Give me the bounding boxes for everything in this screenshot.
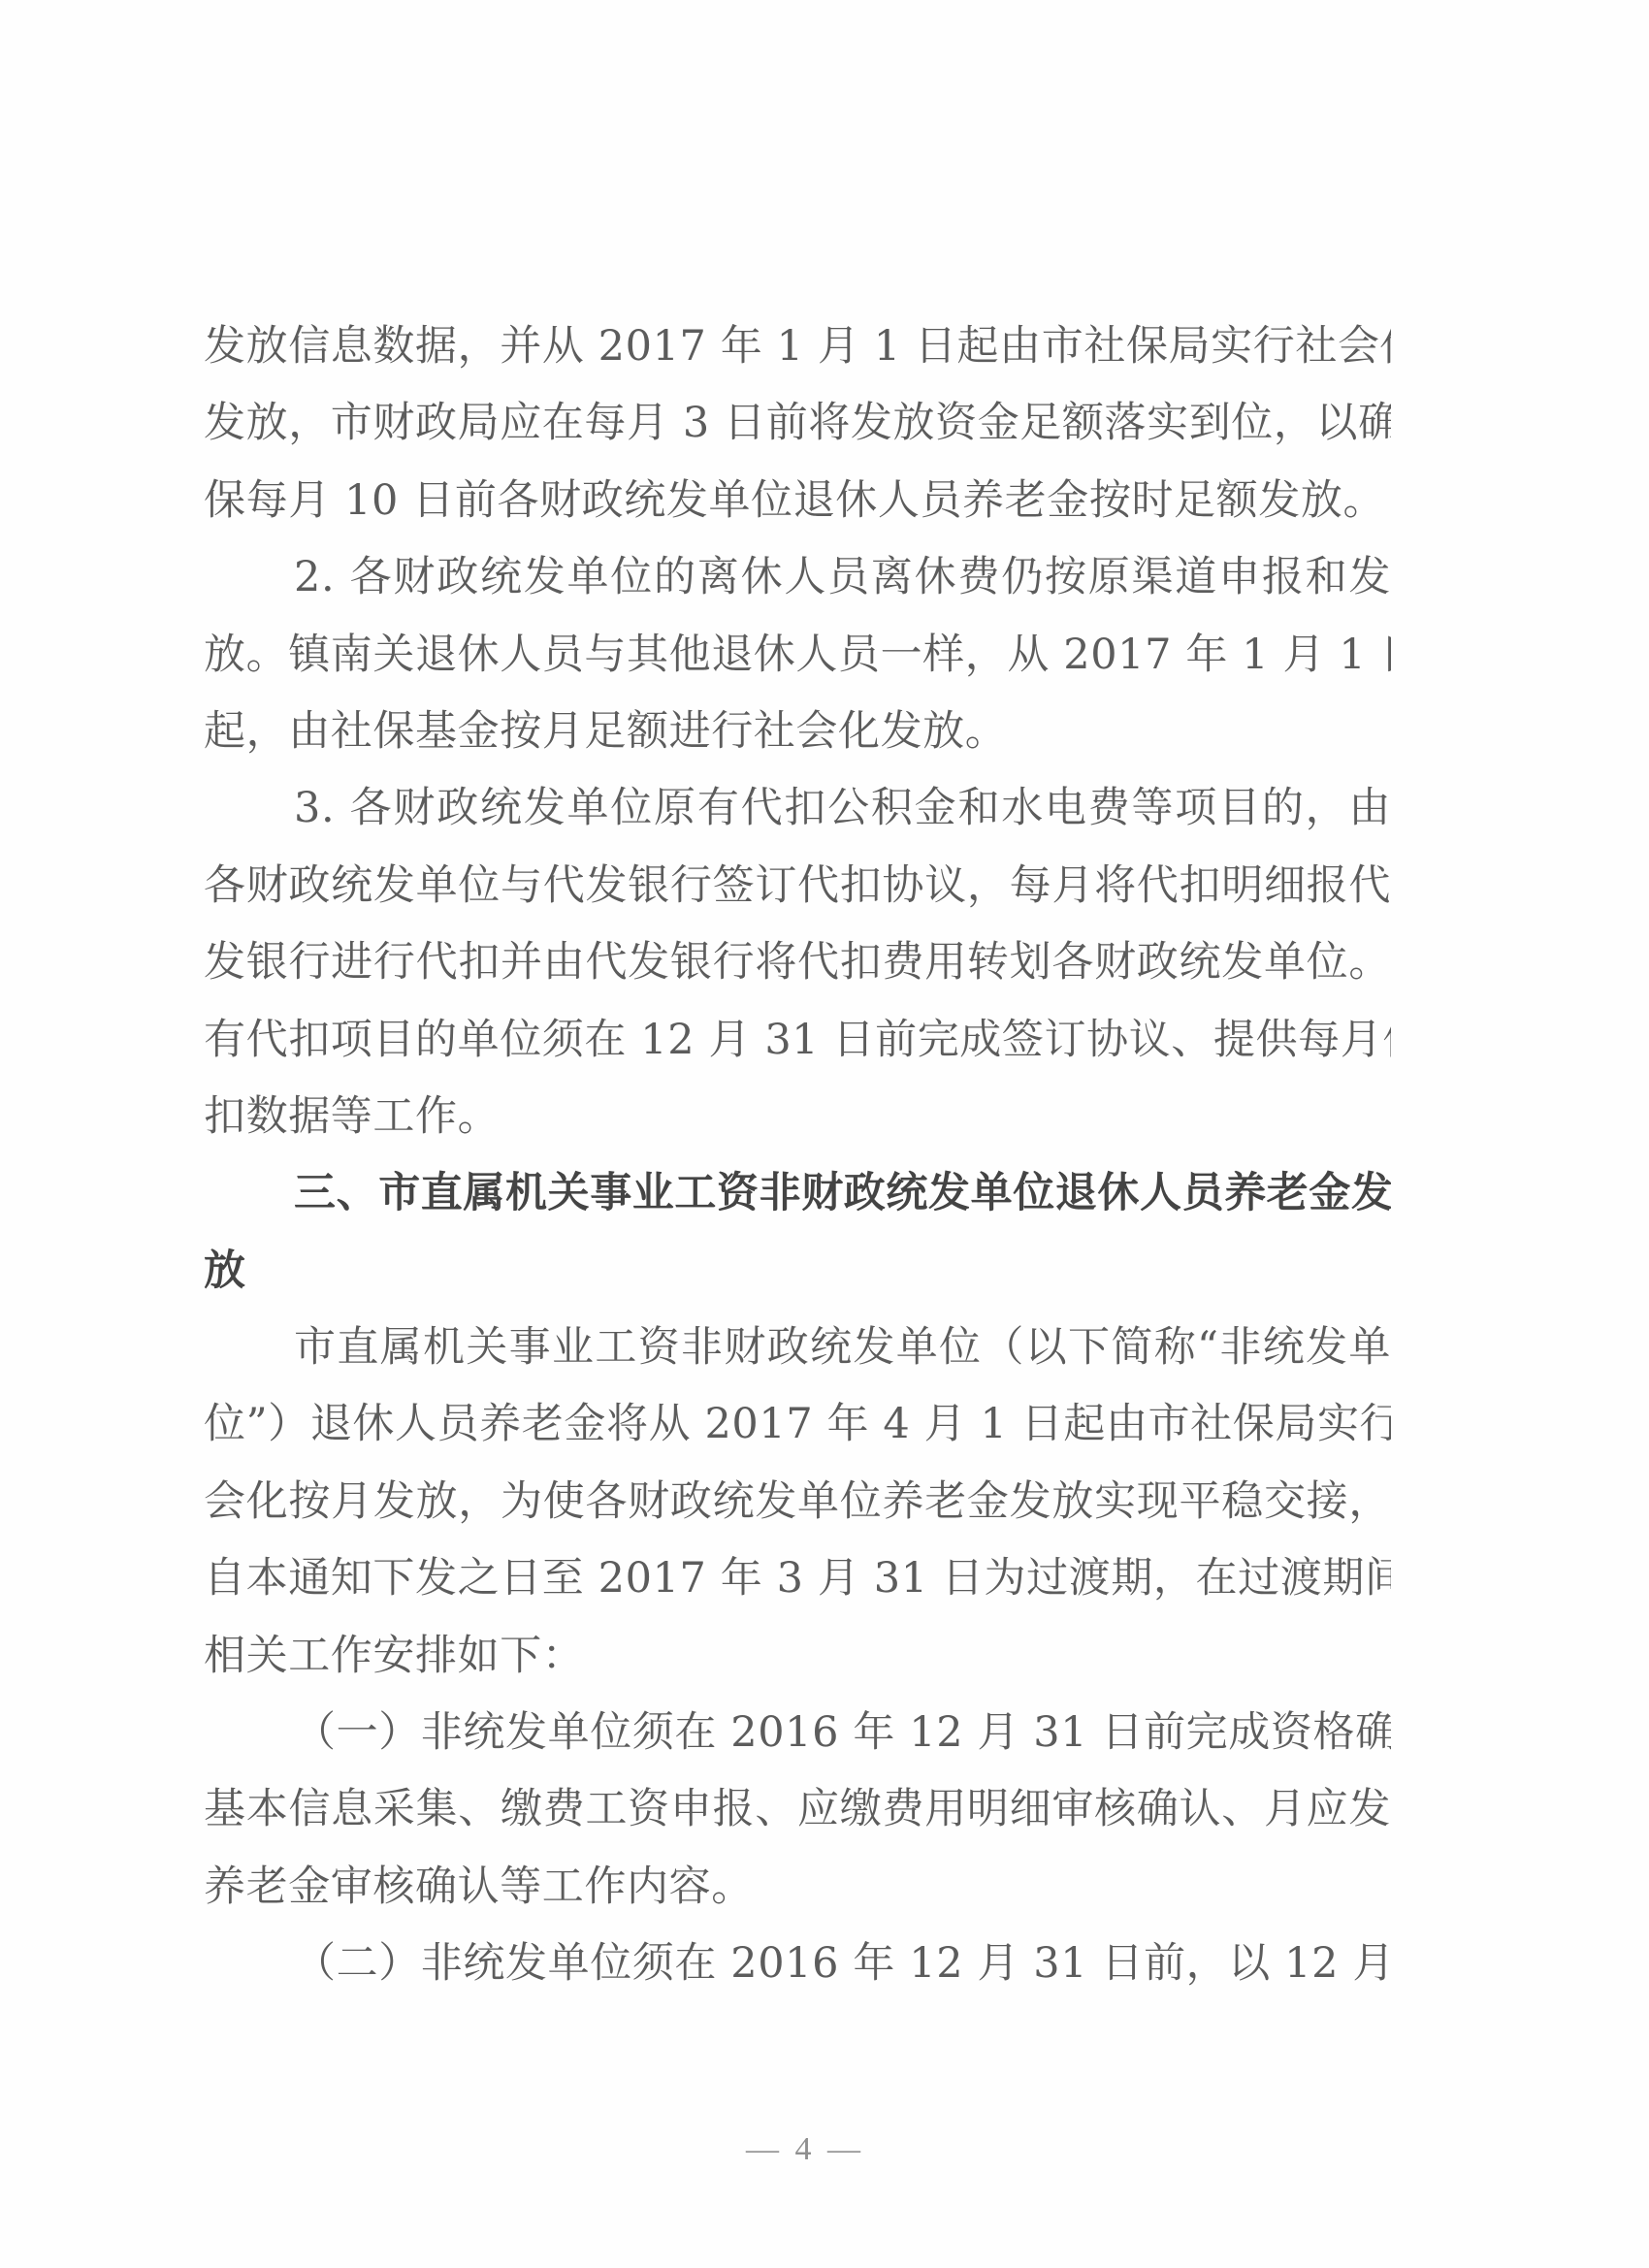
heading-line: 放 <box>204 1233 1391 1310</box>
page-number: — 4 — <box>679 2126 931 2173</box>
text-line: 有代扣项目的单位须在 12 月 31 日前完成签订协议、提供每月代 <box>204 1002 1391 1079</box>
document-page: 发放信息数据，并从 2017 年 1 月 1 日起由市社保局实行社会化 发放，市… <box>0 0 1649 2268</box>
text-line: 各财政统发单位与代发银行签订代扣协议，每月将代扣明细报代 <box>204 848 1391 924</box>
text-line: 3. 各财政统发单位原有代扣公积金和水电费等项目的，由 <box>204 770 1391 847</box>
paragraph-subitem-1: （一）非统发单位须在 2016 年 12 月 31 日前完成资格确认、 基本信息… <box>204 1695 1391 1926</box>
paragraph-item-3: 3. 各财政统发单位原有代扣公积金和水电费等项目的，由 各财政统发单位与代发银行… <box>204 770 1391 1155</box>
text-line: 会化按月发放，为使各财政统发单位养老金发放实现平稳交接， <box>204 1464 1391 1540</box>
text-line: 相关工作安排如下： <box>204 1618 1391 1695</box>
paragraph-pension-payment-continued: 发放信息数据，并从 2017 年 1 月 1 日起由市社保局实行社会化 发放，市… <box>204 308 1391 539</box>
text-line: 基本信息采集、缴费工资申报、应缴费用明细审核确认、月应发 <box>204 1771 1391 1848</box>
document-body: 发放信息数据，并从 2017 年 1 月 1 日起由市社保局实行社会化 发放，市… <box>204 308 1391 2003</box>
text-line: （二）非统发单位须在 2016 年 12 月 31 日前，以 12 月为结 <box>204 1926 1391 2002</box>
text-line: 发放信息数据，并从 2017 年 1 月 1 日起由市社保局实行社会化 <box>204 308 1391 385</box>
text-line: （一）非统发单位须在 2016 年 12 月 31 日前完成资格确认、 <box>204 1695 1391 1771</box>
paragraph-subitem-2: （二）非统发单位须在 2016 年 12 月 31 日前，以 12 月为结 <box>204 1926 1391 2002</box>
text-line: 发银行进行代扣并由代发银行将代扣费用转划各财政统发单位。 <box>204 924 1391 1001</box>
text-line: 发放，市财政局应在每月 3 日前将发放资金足额落实到位，以确 <box>204 385 1391 462</box>
text-line: 位”）退休人员养老金将从 2017 年 4 月 1 日起由市社保局实行社 <box>204 1386 1391 1463</box>
text-line: 保每月 10 日前各财政统发单位退休人员养老金按时足额发放。 <box>204 463 1391 539</box>
text-line: 扣数据等工作。 <box>204 1079 1391 1155</box>
section-heading-3: 三、市直属机关事业工资非财政统发单位退休人员养老金发 放 <box>204 1155 1391 1310</box>
text-line: 放。镇南关退休人员与其他退休人员一样，从 2017 年 1 月 1 日 <box>204 617 1391 694</box>
text-line: 市直属机关事业工资非财政统发单位（以下简称“非统发单 <box>204 1310 1391 1386</box>
paragraph-item-2: 2. 各财政统发单位的离休人员离休费仍按原渠道申报和发 放。镇南关退休人员与其他… <box>204 539 1391 770</box>
text-line: 养老金审核确认等工作内容。 <box>204 1849 1391 1926</box>
text-line: 起，由社保基金按月足额进行社会化发放。 <box>204 694 1391 770</box>
heading-line: 三、市直属机关事业工资非财政统发单位退休人员养老金发 <box>204 1155 1391 1232</box>
text-line: 2. 各财政统发单位的离休人员离休费仍按原渠道申报和发 <box>204 539 1391 616</box>
paragraph-non-unified-units-intro: 市直属机关事业工资非财政统发单位（以下简称“非统发单 位”）退休人员养老金将从 … <box>204 1310 1391 1695</box>
text-line: 自本通知下发之日至 2017 年 3 月 31 日为过渡期，在过渡期间的 <box>204 1540 1391 1617</box>
